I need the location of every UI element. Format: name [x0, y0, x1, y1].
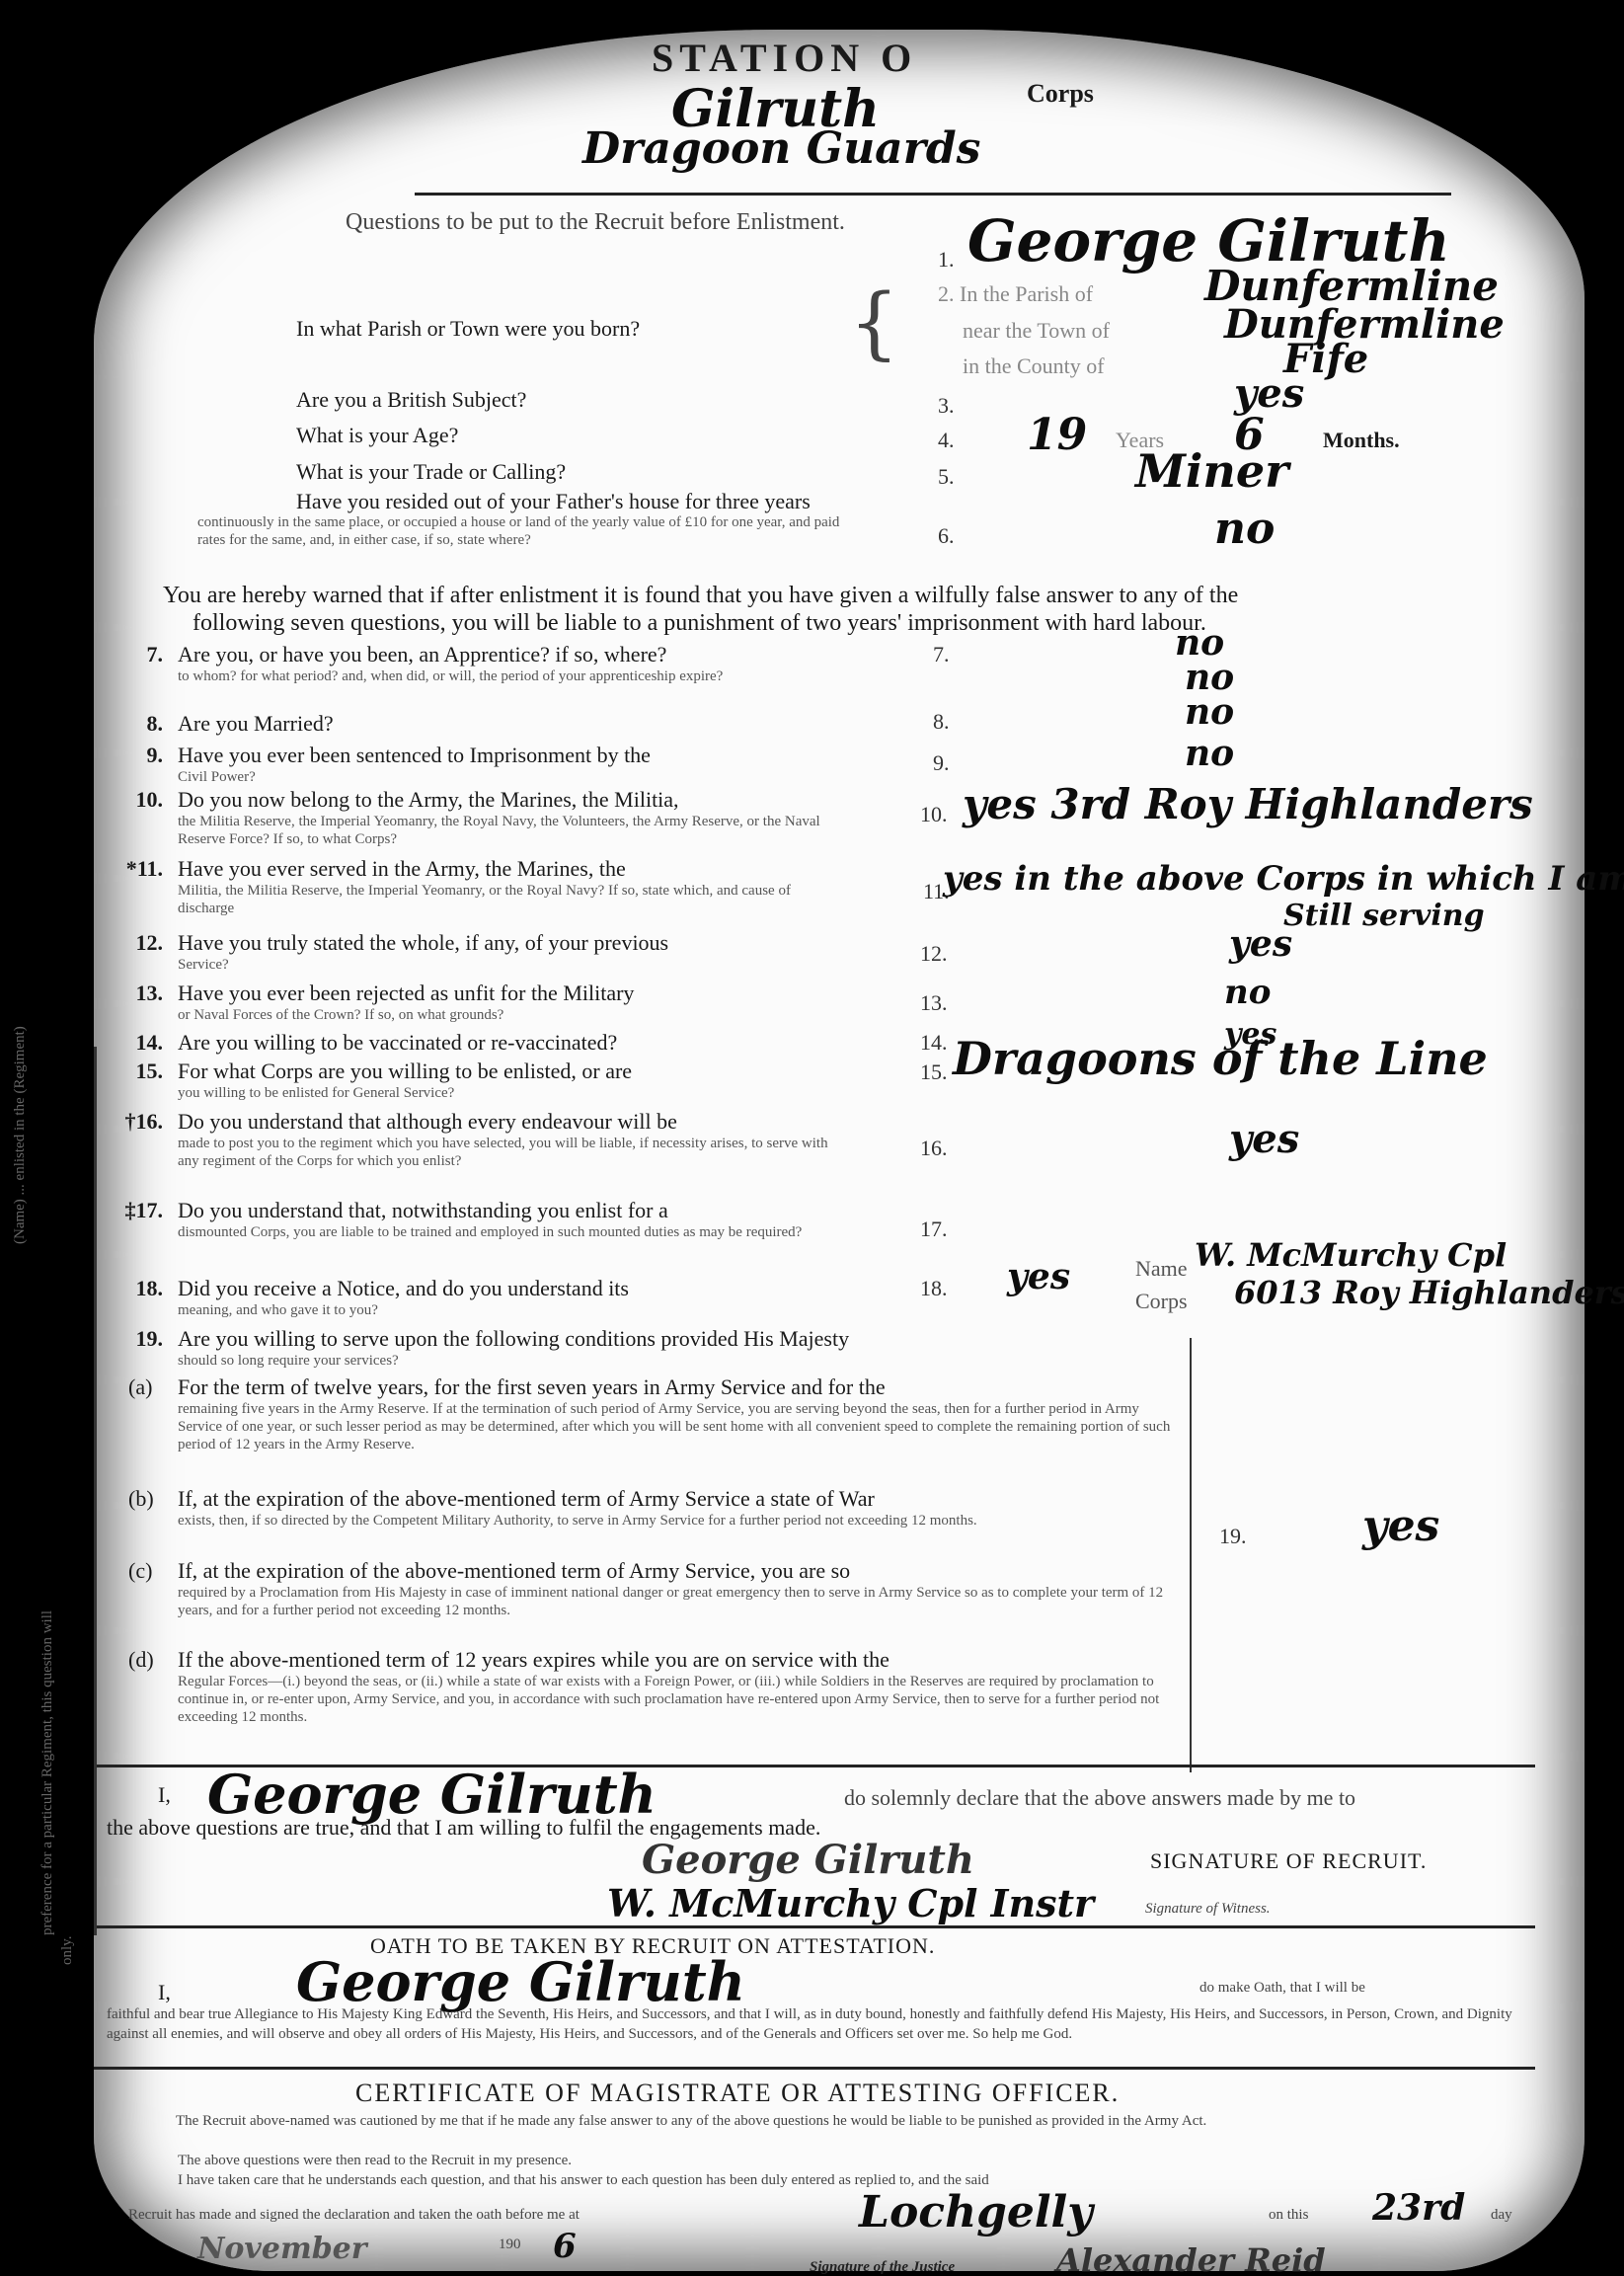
oath-prefix: I,: [158, 1980, 171, 2005]
answer-15: Dragoons of the Line: [953, 1032, 1488, 1085]
answer-7-num: 7.: [933, 642, 950, 667]
answer-19-num: 19.: [1219, 1524, 1247, 1549]
q17-num: ‡17.: [109, 1198, 163, 1223]
q18-num: 18.: [109, 1276, 163, 1301]
corps-label: Corps: [1027, 79, 1094, 109]
justice-signature: Alexander Reid: [1056, 2241, 1326, 2276]
answer-5-num: 5.: [938, 464, 955, 490]
condition-a-body: remaining five years in the Army Reserve…: [178, 1400, 1185, 1453]
town-label: near the Town of: [963, 318, 1110, 344]
declaration-prefix: I,: [158, 1782, 171, 1808]
q13-text: Have you ever been rejected as unfit for…: [178, 981, 634, 1006]
q12-sub: Service?: [178, 956, 229, 974]
certificate-para-3: I have taken care that he understands ea…: [178, 2172, 1530, 2189]
condition-c-head: If, at the expiration of the above-menti…: [178, 1558, 850, 1584]
question-3: Are you a British Subject?: [296, 387, 526, 413]
form-title: STATION O: [652, 35, 917, 81]
answer-5: Miner: [1135, 444, 1288, 498]
question-2: In what Parish or Town were you born?: [296, 316, 640, 342]
answer-11: yes in the above Corps in which I am: [943, 859, 1624, 899]
q13-sub: or Naval Forces of the Crown? If so, on …: [178, 1006, 503, 1024]
q19-num: 19.: [109, 1326, 163, 1352]
q13-num: 13.: [109, 981, 163, 1006]
answer-8-num: 8.: [933, 709, 950, 735]
answer-8: no: [1185, 691, 1234, 733]
certificate-para-1: The Recruit above-named was cautioned by…: [107, 2113, 1528, 2130]
recruit-signature: George Gilruth: [642, 1837, 974, 1883]
answer-18-corps: 6013 Roy Highlanders: [1234, 1274, 1624, 1311]
justice-signature-label: Signature of the Justice: [810, 2259, 955, 2276]
answer-9: no: [1185, 733, 1234, 774]
condition-a-head: For the term of twelve years, for the fi…: [178, 1374, 886, 1400]
warning-line-2: following seven questions, you will be l…: [193, 610, 1206, 637]
year-prefix: 190: [499, 2237, 521, 2253]
q10-num: 10.: [109, 787, 163, 813]
margin-vertical-text-1: (Name) ... enlisted in the (Regiment): [12, 1026, 29, 1244]
answer-19: yes: [1362, 1501, 1439, 1551]
q8-text: Are you Married?: [178, 711, 334, 737]
margin-vertical-text-2: preference for a particular Regiment, th…: [39, 1610, 56, 1935]
answer-11b: Still serving: [1283, 899, 1485, 933]
answer-6: no: [1214, 504, 1275, 554]
answer-18-name: W. McMurchy Cpl: [1195, 1236, 1507, 1274]
certificate-para-2: The above questions were then read to th…: [178, 2153, 572, 2169]
regiment-handwritten: Dragoon Guards: [582, 123, 980, 174]
section-title: Questions to be put to the Recruit befor…: [346, 209, 845, 235]
margin-rule: [94, 1047, 97, 1935]
q17-text: Do you understand that, notwithstanding …: [178, 1198, 668, 1223]
answer-1-num: 1.: [938, 247, 955, 273]
answer-4-years: 19: [1027, 410, 1087, 460]
answer-10-num: 10.: [920, 802, 948, 827]
answer-12: yes: [1229, 923, 1292, 965]
on-this-label: on this: [1269, 2207, 1308, 2224]
answer-10: yes 3rd Roy Highlanders: [963, 780, 1533, 828]
condition-d-head: If the above-mentioned term of 12 years …: [178, 1647, 889, 1673]
q11-text: Have you ever served in the Army, the Ma…: [178, 856, 626, 882]
q18-text: Did you receive a Notice, and do you und…: [178, 1276, 629, 1301]
answer-18-num: 18.: [920, 1276, 948, 1301]
witness-signature-label: Signature of Witness.: [1145, 1901, 1271, 1918]
answer-16: yes: [1229, 1116, 1299, 1162]
answer-18-name-label: Name: [1135, 1256, 1188, 1282]
q7-sub: to whom? for what period? and, when did,…: [178, 667, 849, 685]
question-5: What is your Trade or Calling?: [296, 459, 566, 485]
attestation-day: 23rd: [1372, 2187, 1465, 2229]
question-6-detail: continuously in the same place, or occup…: [197, 513, 859, 549]
q14-text: Are you willing to be vaccinated or re-v…: [178, 1030, 617, 1056]
answer-3-num: 3.: [938, 393, 955, 419]
conditions-box-border: [1190, 1338, 1192, 1772]
recruit-signature-label: SIGNATURE OF RECRUIT.: [1150, 1848, 1427, 1874]
oath-rule: [94, 1925, 1535, 1928]
margin-vertical-text-3: only.: [59, 1936, 76, 1965]
condition-a-label: (a): [128, 1374, 152, 1400]
condition-b-body: exists, then, if so directed by the Comp…: [178, 1512, 1185, 1530]
declaration-text-1: do solemnly declare that the above answe…: [844, 1785, 1355, 1811]
question-4: What is your Age?: [296, 423, 458, 448]
q10-sub: the Militia Reserve, the Imperial Yeoman…: [178, 813, 849, 848]
answer-17-num: 17.: [920, 1216, 948, 1242]
header-rule: [415, 193, 1451, 196]
answer-6-num: 6.: [938, 523, 955, 549]
answer-13: no: [1224, 973, 1271, 1012]
answer-9-num: 9.: [933, 750, 950, 776]
answer-13-num: 13.: [920, 990, 948, 1016]
q10-text: Do you now belong to the Army, the Marin…: [178, 787, 679, 813]
answer-14-num: 14.: [920, 1030, 948, 1056]
oath-text: faithful and bear true Allegiance to His…: [107, 2004, 1528, 2044]
answer-15-num: 15.: [920, 1060, 948, 1085]
warning-line-1: You are hereby warned that if after enli…: [163, 583, 1238, 609]
certificate-para-4: Recruit has made and signed the declarat…: [128, 2207, 580, 2224]
attestation-month: November: [197, 2232, 367, 2266]
county-label: in the County of: [963, 353, 1105, 379]
condition-b-head: If, at the expiration of the above-menti…: [178, 1486, 875, 1512]
q9-sub: Civil Power?: [178, 768, 256, 786]
q18-sub: meaning, and who gave it to you?: [178, 1301, 378, 1319]
certificate-title: CERTIFICATE OF MAGISTRATE OR ATTESTING O…: [355, 2079, 1120, 2108]
q14-num: 14.: [109, 1030, 163, 1056]
q8-num: 8.: [109, 711, 163, 737]
q15-num: 15.: [109, 1059, 163, 1084]
answer-18-corps-label: Corps: [1135, 1289, 1188, 1314]
parish-label: 2. In the Parish of: [938, 281, 1093, 307]
q12-num: 12.: [109, 930, 163, 956]
q16-sub: made to post you to the regiment which y…: [178, 1135, 849, 1170]
q9-num: 9.: [109, 743, 163, 768]
q16-text: Do you understand that although every en…: [178, 1109, 677, 1135]
condition-d-label: (d): [128, 1647, 154, 1673]
day-label: day: [1491, 2207, 1512, 2224]
q12-text: Have you truly stated the whole, if any,…: [178, 930, 668, 956]
q9-text: Have you ever been sentenced to Imprison…: [178, 743, 651, 768]
q7-text: Are you, or have you been, an Apprentice…: [178, 642, 666, 667]
oath-swear: do make Oath, that I will be: [1199, 1980, 1365, 1997]
q15-sub: you willing to be enlisted for General S…: [178, 1084, 454, 1102]
brace: {: [849, 276, 899, 368]
year-suffix: 6: [553, 2227, 577, 2266]
answer-4-num: 4.: [938, 428, 955, 453]
answer-18: yes: [1007, 1256, 1070, 1297]
q17-sub: dismounted Corps, you are liable to be t…: [178, 1223, 849, 1241]
q19-text: Are you willing to serve upon the follow…: [178, 1326, 849, 1352]
certificate-rule: [94, 2067, 1535, 2070]
condition-c-label: (c): [128, 1558, 152, 1584]
q11-num: *11.: [109, 856, 163, 882]
q7-num: 7.: [109, 642, 163, 667]
answer-12-num: 12.: [920, 941, 948, 967]
condition-b-label: (b): [128, 1486, 154, 1512]
question-6: Have you resided out of your Father's ho…: [296, 489, 859, 514]
q19-sub: should so long require your services?: [178, 1352, 399, 1370]
condition-d-body: Regular Forces—(i.) beyond the seas, or …: [178, 1673, 1185, 1726]
attestation-place: Lochgelly: [859, 2187, 1093, 2237]
q11-sub: Militia, the Militia Reserve, the Imperi…: [178, 882, 849, 917]
condition-c-body: required by a Proclamation from His Maje…: [178, 1584, 1185, 1619]
witness-signature: W. McMurchy Cpl Instr: [607, 1881, 1094, 1925]
answer-16-num: 16.: [920, 1136, 948, 1161]
months-label: Months.: [1323, 428, 1400, 453]
q16-num: †16.: [109, 1109, 163, 1135]
q15-text: For what Corps are you willing to be enl…: [178, 1059, 632, 1084]
